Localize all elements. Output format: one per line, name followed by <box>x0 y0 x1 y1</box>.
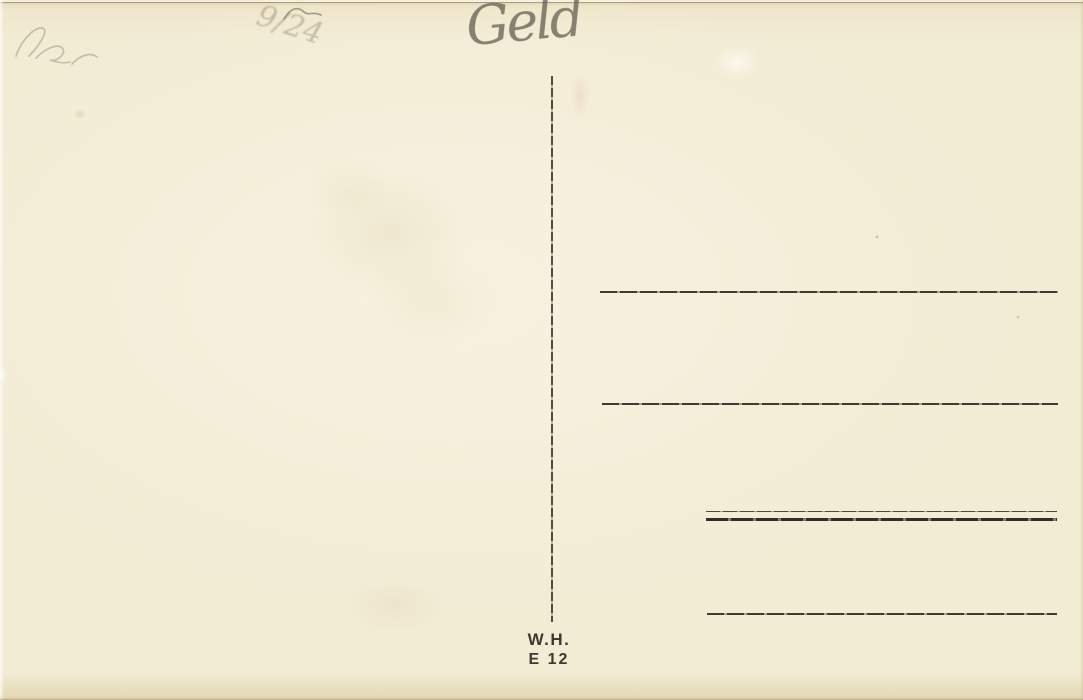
address-line-4 <box>707 613 1057 615</box>
address-line-1 <box>600 291 1058 293</box>
address-line-2 <box>602 403 1058 405</box>
message-address-divider-line <box>551 76 553 622</box>
postcard-back: 9/24 Geld W.H. E 12 <box>0 0 1083 700</box>
address-double-rule <box>706 511 1057 521</box>
card-bottom-edge <box>0 696 1083 700</box>
pencil-scribble-icon <box>6 12 106 80</box>
publisher-initials: W.H. <box>449 631 649 649</box>
publisher-imprint: W.H. E 12 <box>449 631 649 668</box>
handwritten-word-geld: Geld <box>463 0 583 58</box>
address-double-rule-thick-line <box>706 518 1057 521</box>
card-left-edge-notch <box>0 366 7 382</box>
card-left-edge <box>0 0 4 700</box>
publisher-series-code: E 12 <box>449 651 649 668</box>
address-double-rule-thin-line <box>706 511 1057 512</box>
